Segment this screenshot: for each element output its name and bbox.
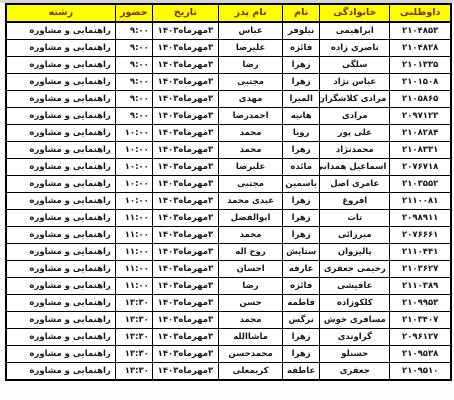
cell-id: ۲۰۹۷۱۲۳	[390, 108, 451, 125]
table-row: ۲۰۷۶۷۱۸اسماعیل همدانیمائدهعلیرضا۳مهرماه۱…	[6, 159, 451, 176]
cell-date: ۳مهرماه۱۴۰۳	[152, 278, 218, 295]
cell-family: ناصری زاده	[320, 40, 390, 57]
table-row: ۲۱۰۴۸۵۳ابراهیمینیلوفرعباس۳مهرماه۱۴۰۳۹:۰۰…	[6, 22, 451, 40]
cell-father: روح اله	[219, 244, 283, 261]
cell-name: عارفه	[283, 261, 320, 278]
cell-family: افروغ	[320, 193, 390, 210]
cell-time: ۱۱:۰۰	[115, 261, 152, 278]
cell-id: ۲۰۷۶۷۱۸	[390, 159, 451, 176]
cell-father: محمد	[219, 125, 283, 142]
cell-father: عیدی محمد	[219, 193, 283, 210]
cell-time: ۱۱:۰۰	[115, 278, 152, 295]
cell-name: زهرا	[283, 210, 320, 227]
cell-family: مسافری خوش	[320, 312, 390, 329]
cell-father: رضا	[219, 57, 283, 74]
cell-name: زهرا	[283, 57, 320, 74]
cell-id: ۲۱۰۴۸۲۸	[390, 40, 451, 57]
cell-major: راهنمایی و مشاوره	[6, 312, 115, 329]
table-row: ۲۱۰۹۹۵۳کلکوزادهفاطمهحسن۳مهرماه۱۴۰۳۱۳:۳۰ر…	[6, 295, 451, 312]
cell-father: محمدحسن	[219, 346, 283, 363]
cell-id: ۲۱۰۹۹۵۳	[390, 295, 451, 312]
exam-schedule-table: داوطلبیخانوادگینامنام پدرتاریخحضوررشته ۲…	[5, 3, 452, 381]
table-row: ۲۱۰۳۴۰۷مسافری خوشنرگسمحمد۳مهرماه۱۴۰۳۱۳:۳…	[6, 312, 451, 329]
cell-date: ۳مهرماه۱۴۰۳	[152, 295, 218, 312]
cell-time: ۹:۰۰	[115, 22, 152, 40]
cell-family: محمدنژاد	[320, 142, 390, 159]
cell-father: مجتبی	[219, 176, 283, 193]
table-row: ۲۰۷۶۶۶۱میرزائیزهرامحمد۳مهرماه۱۴۰۳۱۱:۰۰را…	[6, 227, 451, 244]
cell-major: راهنمایی و مشاوره	[6, 91, 115, 108]
cell-father: احسان	[219, 261, 283, 278]
cell-major: راهنمایی و مشاوره	[6, 74, 115, 91]
cell-time: ۹:۰۰	[115, 108, 152, 125]
table-row: ۲۱۰۹۵۱۰جعفریعاطفهکریمعلی۳مهرماه۱۴۰۳۱۳:۳۰…	[6, 363, 451, 381]
cell-father: محمد	[219, 227, 283, 244]
cell-date: ۳مهرماه۱۴۰۳	[152, 244, 218, 261]
cell-name: عاطفه	[283, 363, 320, 381]
column-header-time: حضور	[115, 4, 152, 22]
cell-name: زهرا	[283, 193, 320, 210]
cell-id: ۲۱۱۰۳۸۹	[390, 278, 451, 295]
cell-major: راهنمایی و مشاوره	[6, 346, 115, 363]
cell-major: راهنمایی و مشاوره	[6, 159, 115, 176]
cell-id: ۲۱۱۰۰۸۱	[390, 193, 451, 210]
table-body: ۲۱۰۴۸۵۳ابراهیمینیلوفرعباس۳مهرماه۱۴۰۳۹:۰۰…	[6, 22, 451, 380]
cell-name: زهرا	[283, 227, 320, 244]
cell-time: ۱۱:۰۰	[115, 210, 152, 227]
cell-major: راهنمایی و مشاوره	[6, 193, 115, 210]
cell-family: حسنلو	[320, 346, 390, 363]
cell-date: ۳مهرماه۱۴۰۳	[152, 176, 218, 193]
cell-major: راهنمایی و مشاوره	[6, 57, 115, 74]
cell-date: ۳مهرماه۱۴۰۳	[152, 40, 218, 57]
cell-date: ۳مهرماه۱۴۰۳	[152, 74, 218, 91]
table-row: ۲۱۰۵۸۶۵مرادی کلاشگرانالمیرامهدی۳مهرماه۱۴…	[6, 91, 451, 108]
cell-time: ۹:۰۰	[115, 57, 152, 74]
cell-family: جعفری	[320, 363, 390, 381]
cell-name: فائزه	[283, 278, 320, 295]
cell-time: ۱۳:۳۰	[115, 329, 152, 346]
column-header-father: نام پدر	[219, 4, 283, 22]
cell-name: فاطمه	[283, 295, 320, 312]
header-row: داوطلبیخانوادگینامنام پدرتاریخحضوررشته	[6, 4, 451, 22]
cell-father: ماشاالله	[219, 329, 283, 346]
cell-time: ۹:۰۰	[115, 74, 152, 91]
cell-id: ۲۱۰۸۲۸۴	[390, 125, 451, 142]
cell-name: هانیه	[283, 108, 320, 125]
cell-father: ابوالفضل	[219, 210, 283, 227]
cell-major: راهنمایی و مشاوره	[6, 176, 115, 193]
cell-father: مهدی	[219, 91, 283, 108]
cell-name: زهرا	[283, 74, 320, 91]
cell-id: ۲۱۰۹۵۳۸	[390, 346, 451, 363]
cell-date: ۳مهرماه۱۴۰۳	[152, 193, 218, 210]
cell-family: مرادی	[320, 108, 390, 125]
cell-id: ۲۱۰۴۸۵۳	[390, 22, 451, 40]
cell-family: کلکوزاده	[320, 295, 390, 312]
cell-date: ۳مهرماه۱۴۰۳	[152, 159, 218, 176]
table-row: ۲۰۹۷۱۲۳مرادیهانیهاحمدرضا۳مهرماه۱۴۰۳۹:۰۰ر…	[6, 108, 451, 125]
cell-name: رویا	[283, 125, 320, 142]
cell-name: زهرا	[283, 142, 320, 159]
cell-date: ۳مهرماه۱۴۰۳	[152, 210, 218, 227]
cell-time: ۱۱:۰۰	[115, 244, 152, 261]
cell-family: میرزائی	[320, 227, 390, 244]
column-header-major: رشته	[6, 4, 115, 22]
cell-time: ۱۰:۰۰	[115, 176, 152, 193]
cell-date: ۳مهرماه۱۴۰۳	[152, 91, 218, 108]
cell-time: ۹:۰۰	[115, 91, 152, 108]
cell-father: مجتبی	[219, 74, 283, 91]
cell-date: ۳مهرماه۱۴۰۳	[152, 142, 218, 159]
cell-family: علی پور	[320, 125, 390, 142]
cell-date: ۳مهرماه۱۴۰۳	[152, 329, 218, 346]
table-row: ۲۰۹۸۹۱۱تاتزهراابوالفضل۳مهرماه۱۴۰۳۱۱:۰۰را…	[6, 210, 451, 227]
cell-family: اسماعیل همدانی	[320, 159, 390, 176]
table-row: ۲۱۰۸۳۳۱محمدنژادزهرامحمد۳مهرماه۱۴۰۳۱۰:۰۰ر…	[6, 142, 451, 159]
cell-date: ۳مهرماه۱۴۰۳	[152, 363, 218, 381]
table-row: ۲۱۱۰۴۴۱پالیزوانستایشروح اله۳مهرماه۱۴۰۳۱۱…	[6, 244, 451, 261]
column-header-date: تاریخ	[152, 4, 218, 22]
cell-id: ۲۰۹۶۱۲۷	[390, 329, 451, 346]
cell-father: محمد	[219, 312, 283, 329]
table-row: ۲۱۰۳۶۲۷رحیمی جعفریعارفهاحسان۳مهرماه۱۴۰۳۱…	[6, 261, 451, 278]
cell-id: ۲۱۰۵۸۶۵	[390, 91, 451, 108]
cell-id: ۲۱۰۳۵۵۲	[390, 176, 451, 193]
cell-father: محمد	[219, 142, 283, 159]
cell-time: ۱۱:۰۰	[115, 227, 152, 244]
cell-id: ۲۰۹۸۹۱۱	[390, 210, 451, 227]
cell-major: راهنمایی و مشاوره	[6, 125, 115, 142]
cell-major: راهنمایی و مشاوره	[6, 278, 115, 295]
cell-date: ۳مهرماه۱۴۰۳	[152, 108, 218, 125]
cell-father: حسن	[219, 295, 283, 312]
cell-major: راهنمایی و مشاوره	[6, 108, 115, 125]
cell-date: ۳مهرماه۱۴۰۳	[152, 346, 218, 363]
cell-family: سلگی	[320, 57, 390, 74]
cell-family: پالیزوان	[320, 244, 390, 261]
cell-family: گراوندی	[320, 329, 390, 346]
cell-date: ۳مهرماه۱۴۰۳	[152, 261, 218, 278]
cell-name: فائزه	[283, 40, 320, 57]
cell-name: ستایش	[283, 244, 320, 261]
cell-id: ۲۱۰۳۶۲۷	[390, 261, 451, 278]
cell-date: ۳مهرماه۱۴۰۳	[152, 312, 218, 329]
cell-date: ۳مهرماه۱۴۰۳	[152, 22, 218, 40]
table-row: ۲۱۰۸۲۸۴علی پوررویامحمد۳مهرماه۱۴۰۳۱۰:۰۰را…	[6, 125, 451, 142]
cell-id: ۲۱۱۰۴۴۱	[390, 244, 451, 261]
table-row: ۲۱۰۴۸۲۸ناصری زادهفائزهعلیرضا۳مهرماه۱۴۰۳۹…	[6, 40, 451, 57]
cell-family: مرادی کلاشگران	[320, 91, 390, 108]
cell-major: راهنمایی و مشاوره	[6, 227, 115, 244]
cell-father: کریمعلی	[219, 363, 283, 381]
cell-time: ۱۳:۳۰	[115, 346, 152, 363]
table-row: ۲۱۰۳۵۵۲عامری اصلیاسمینمجتبی۳مهرماه۱۴۰۳۱۰…	[6, 176, 451, 193]
cell-time: ۱۳:۳۰	[115, 312, 152, 329]
cell-family: عافیشی	[320, 278, 390, 295]
scanned-schedule-page: داوطلبیخانوادگینامنام پدرتاریخحضوررشته ۲…	[0, 0, 454, 400]
cell-time: ۱۰:۰۰	[115, 142, 152, 159]
cell-family: ابراهیمی	[320, 22, 390, 40]
cell-name: زهرا	[283, 346, 320, 363]
cell-family: عباس نژاد	[320, 74, 390, 91]
cell-time: ۱۰:۰۰	[115, 125, 152, 142]
cell-id: ۲۱۰۹۵۱۰	[390, 363, 451, 381]
table-header: داوطلبیخانوادگینامنام پدرتاریخحضوررشته	[6, 4, 451, 22]
cell-father: علیرضا	[219, 40, 283, 57]
cell-major: راهنمایی و مشاوره	[6, 22, 115, 40]
table-row: ۲۱۰۹۵۳۸حسنلوزهرامحمدحسن۳مهرماه۱۴۰۳۱۳:۳۰ر…	[6, 346, 451, 363]
cell-date: ۳مهرماه۱۴۰۳	[152, 227, 218, 244]
cell-time: ۱۰:۰۰	[115, 159, 152, 176]
column-header-family: خانوادگی	[320, 4, 390, 22]
cell-major: راهنمایی و مشاوره	[6, 329, 115, 346]
table-row: ۲۱۱۰۳۸۹عافیشیفائزهرضا۳مهرماه۱۴۰۳۱۱:۰۰راه…	[6, 278, 451, 295]
cell-name: نیلوفر	[283, 22, 320, 40]
cell-time: ۱۳:۳۰	[115, 295, 152, 312]
cell-id: ۲۱۰۳۴۰۷	[390, 312, 451, 329]
column-header-id: داوطلبی	[390, 4, 451, 22]
cell-name: نرگس	[283, 312, 320, 329]
table-row: ۲۰۹۶۱۲۷گراوندیزهراماشاالله۳مهرماه۱۴۰۳۱۳:…	[6, 329, 451, 346]
cell-name: زهرا	[283, 329, 320, 346]
cell-family: تات	[320, 210, 390, 227]
cell-major: راهنمایی و مشاوره	[6, 363, 115, 381]
cell-major: راهنمایی و مشاوره	[6, 142, 115, 159]
cell-time: ۱۳:۳۰	[115, 363, 152, 381]
cell-name: مائده	[283, 159, 320, 176]
cell-time: ۱۰:۰۰	[115, 193, 152, 210]
cell-name: المیرا	[283, 91, 320, 108]
cell-father: رضا	[219, 278, 283, 295]
cell-date: ۳مهرماه۱۴۰۳	[152, 57, 218, 74]
cell-major: راهنمایی و مشاوره	[6, 40, 115, 57]
cell-major: راهنمایی و مشاوره	[6, 295, 115, 312]
cell-father: علیرضا	[219, 159, 283, 176]
cell-major: راهنمایی و مشاوره	[6, 244, 115, 261]
cell-major: راهنمایی و مشاوره	[6, 210, 115, 227]
cell-father: عباس	[219, 22, 283, 40]
cell-name: یاسمین	[283, 176, 320, 193]
table-row: ۲۱۱۰۰۸۱افروغزهراعیدی محمد۳مهرماه۱۴۰۳۱۰:۰…	[6, 193, 451, 210]
cell-date: ۳مهرماه۱۴۰۳	[152, 125, 218, 142]
table-row: ۲۱۰۱۵۰۸عباس نژادزهرامجتبی۳مهرماه۱۴۰۳۹:۰۰…	[6, 74, 451, 91]
cell-id: ۲۱۰۱۵۰۸	[390, 74, 451, 91]
cell-time: ۹:۰۰	[115, 40, 152, 57]
cell-id: ۲۱۰۸۳۳۱	[390, 142, 451, 159]
cell-family: رحیمی جعفری	[320, 261, 390, 278]
cell-id: ۲۰۷۶۶۶۱	[390, 227, 451, 244]
column-header-name: نام	[283, 4, 320, 22]
cell-father: احمدرضا	[219, 108, 283, 125]
cell-id: ۲۱۰۱۳۳۵	[390, 57, 451, 74]
cell-major: راهنمایی و مشاوره	[6, 261, 115, 278]
table-row: ۲۱۰۱۳۳۵سلگیزهرارضا۳مهرماه۱۴۰۳۹:۰۰راهنمای…	[6, 57, 451, 74]
cell-family: عامری اصل	[320, 176, 390, 193]
